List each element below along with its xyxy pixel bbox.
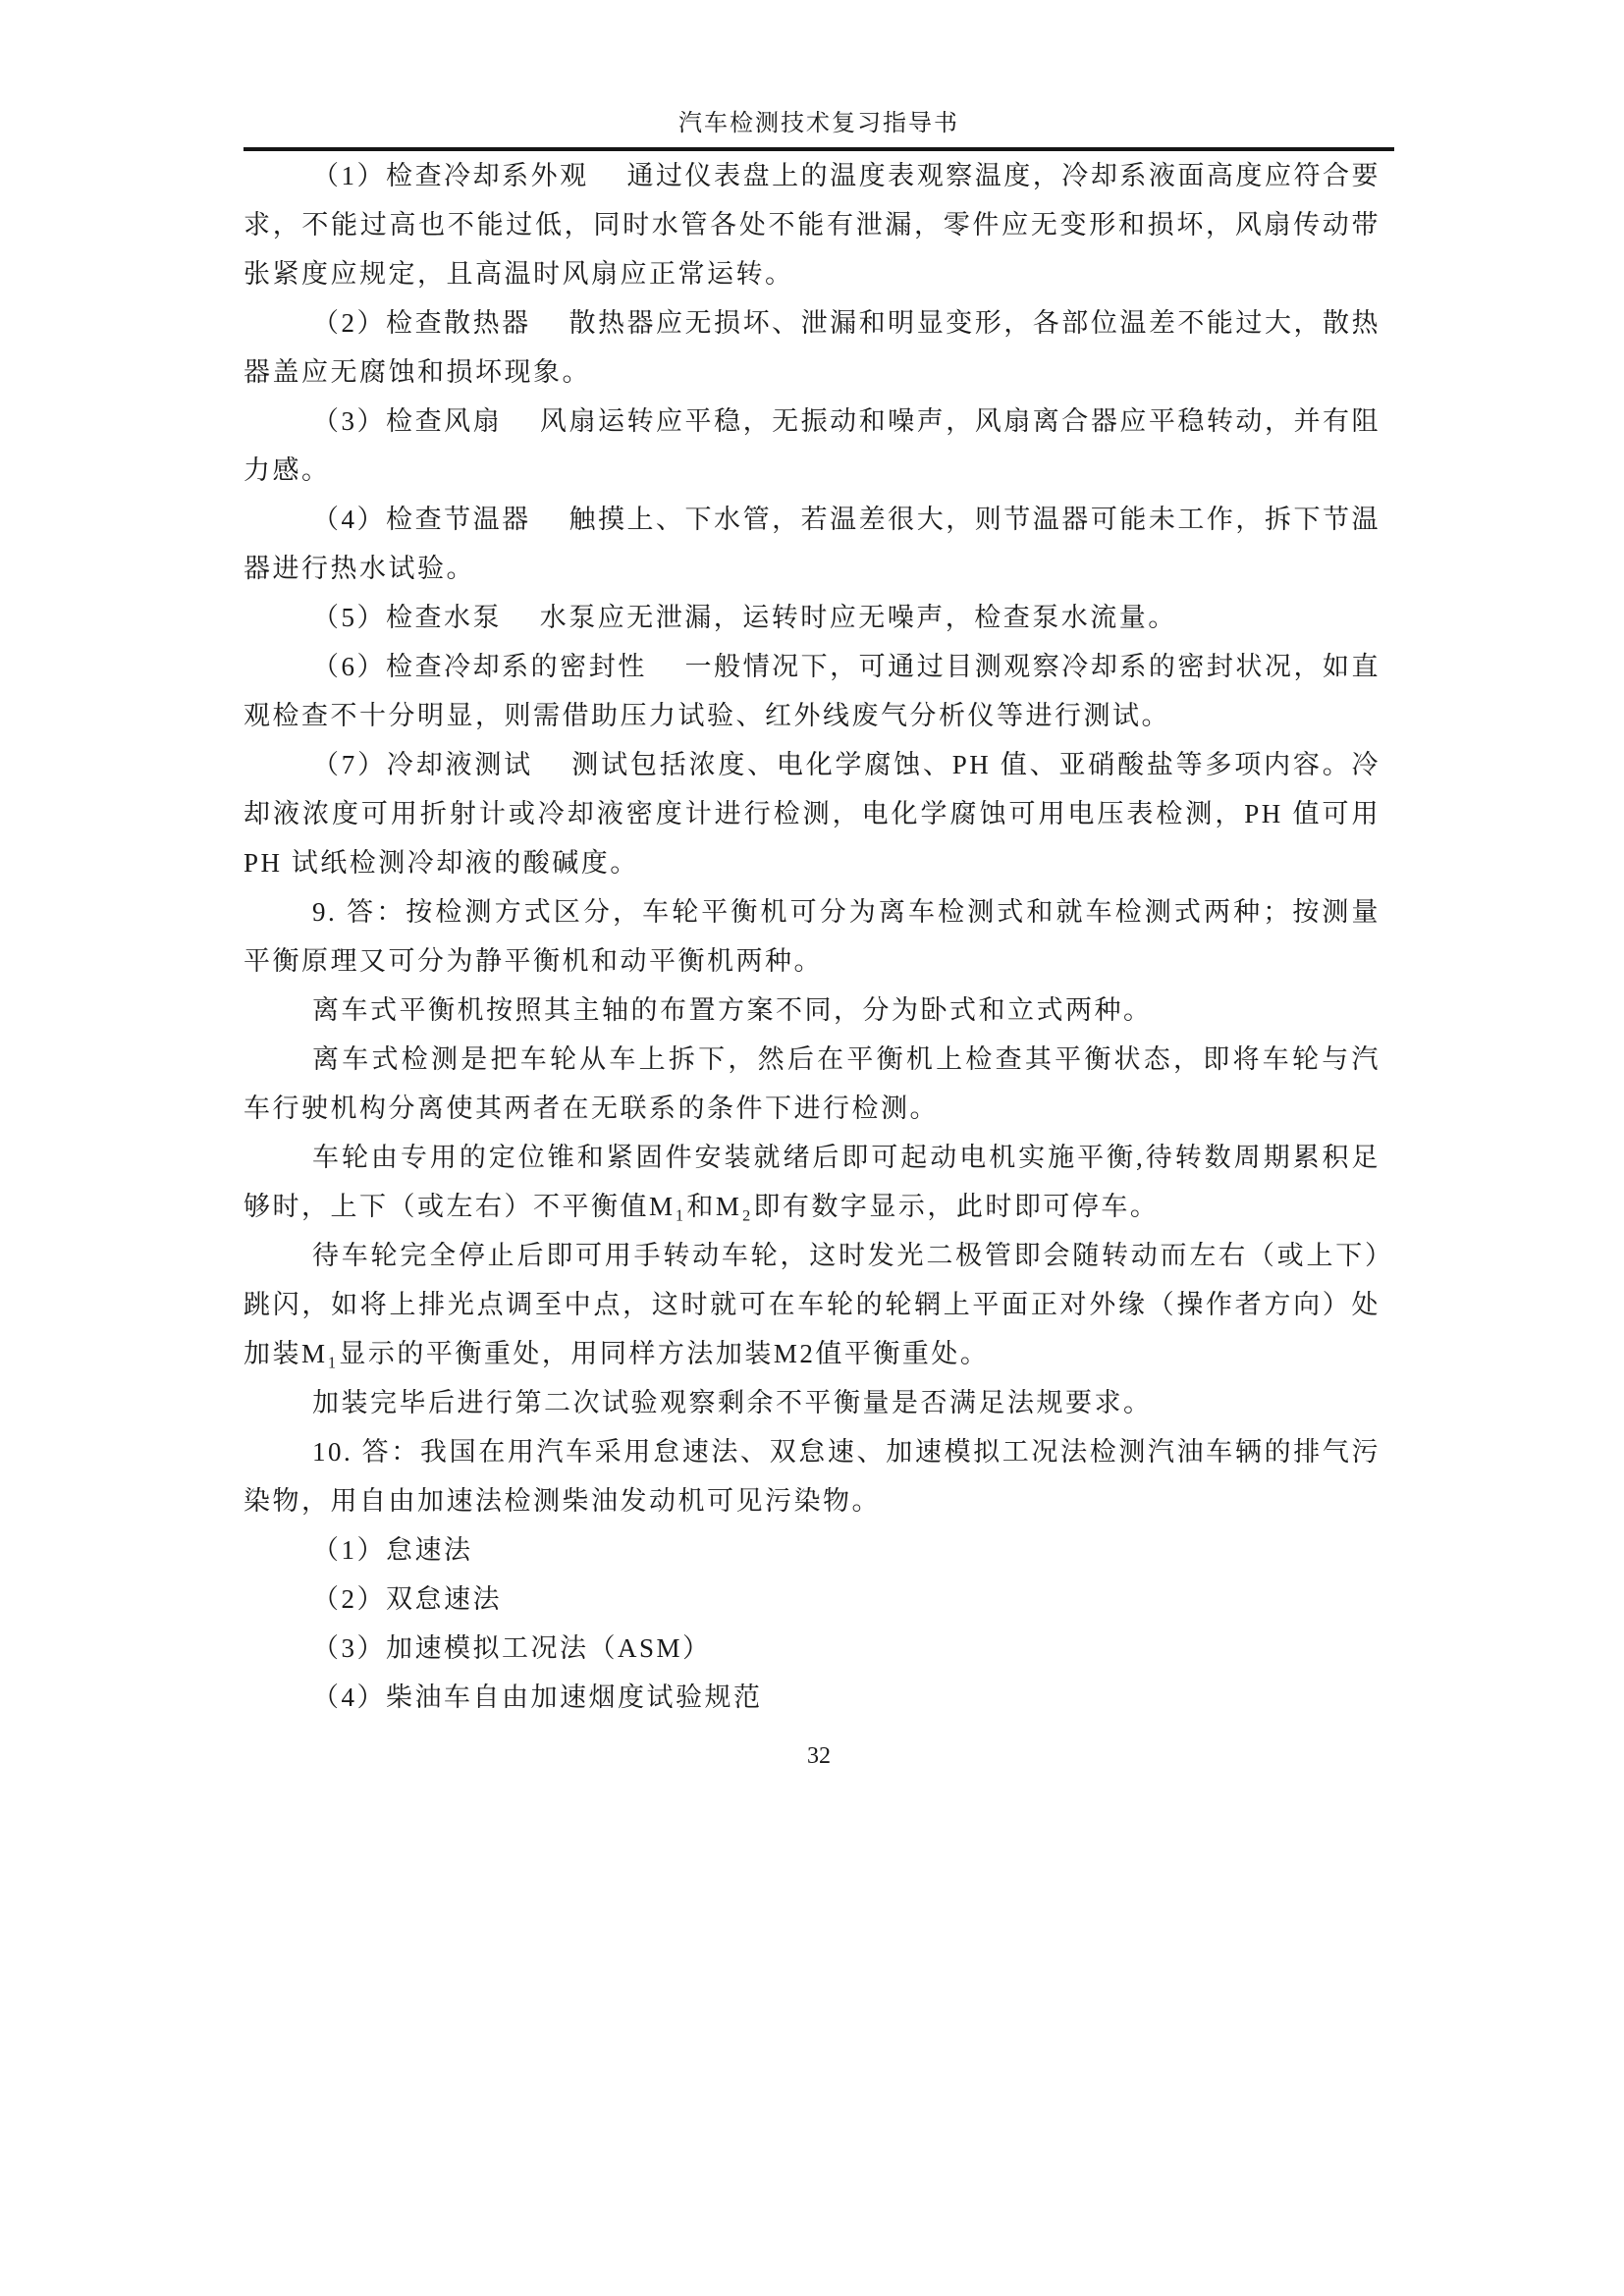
page-number: 32 <box>244 1732 1394 1781</box>
paragraph-check-cooling-appearance: （1）检查冷却系外观 通过仪表盘上的温度表观察温度，冷却系液面高度应符合要求，不… <box>244 151 1380 298</box>
document-body: （1）检查冷却系外观 通过仪表盘上的温度表观察温度，冷却系液面高度应符合要求，不… <box>244 151 1380 1722</box>
list-item-idle-method: （1）怠速法 <box>244 1525 1380 1575</box>
document-page: 汽车检测技术复习指导书 （1）检查冷却系外观 通过仪表盘上的温度表观察温度，冷却… <box>0 0 1624 2296</box>
list-item-diesel-smoke-test: （4）柴油车自由加速烟度试验规范 <box>244 1673 1380 1722</box>
paragraph-answer-9-balancer-types: 离车式平衡机按照其主轴的布置方案不同，分为卧式和立式两种。 <box>244 986 1380 1035</box>
paragraph-check-cooling-seal: （6）检查冷却系的密封性 一般情况下，可通过目测观察冷却系的密封状况，如直观检查… <box>244 642 1380 740</box>
list-item-asm-method: （3）加速模拟工况法（ASM） <box>244 1624 1380 1673</box>
paragraph-check-water-pump: （5）检查水泵 水泵应无泄漏，运转时应无噪声，检查泵水流量。 <box>244 593 1380 642</box>
content-column: 汽车检测技术复习指导书 （1）检查冷却系外观 通过仪表盘上的温度表观察温度，冷却… <box>244 0 1394 1781</box>
paragraph-answer-10: 10. 答：我国在用汽车采用怠速法、双怠速、加速模拟工况法检测汽油车辆的排气污染… <box>244 1427 1380 1525</box>
paragraph-check-radiator: （2）检查散热器 散热器应无损坏、泄漏和明显变形，各部位温差不能过大，散热器盖应… <box>244 298 1380 397</box>
paragraph-answer-9-wheel-mounting: 车轮由专用的定位锥和紧固件安装就绪后即可起动电机实施平衡,待转数周期累积足够时，… <box>244 1133 1380 1231</box>
paragraph-check-thermostat: （4）检查节温器 触摸上、下水管，若温差很大，则节温器可能未工作，拆下节温器进行… <box>244 495 1380 593</box>
paragraph-answer-9: 9. 答：按检测方式区分，车轮平衡机可分为离车检测式和就车检测式两种；按测量平衡… <box>244 887 1380 986</box>
list-item-double-idle-method: （2）双怠速法 <box>244 1575 1380 1624</box>
paragraph-answer-9-second-test: 加装完毕后进行第二次试验观察剩余不平衡量是否满足法规要求。 <box>244 1378 1380 1427</box>
page-header: 汽车检测技术复习指导书 <box>244 0 1394 147</box>
paragraph-answer-9-wheel-stop: 待车轮完全停止后即可用手转动车轮，这时发光二极管即会随转动而左右（或上下）跳闪，… <box>244 1231 1380 1378</box>
page-header-title: 汽车检测技术复习指导书 <box>244 110 1394 137</box>
paragraph-coolant-test: （7）冷却液测试 测试包括浓度、电化学腐蚀、PH 值、亚硝酸盐等多项内容。冷却液… <box>244 740 1380 887</box>
paragraph-check-fan: （3）检查风扇 风扇运转应平稳，无振动和噪声，风扇离合器应平稳转动，并有阻力感。 <box>244 397 1380 495</box>
paragraph-answer-9-off-car-detect: 离车式检测是把车轮从车上拆下，然后在平衡机上检查其平衡状态，即将车轮与汽车行驶机… <box>244 1035 1380 1133</box>
